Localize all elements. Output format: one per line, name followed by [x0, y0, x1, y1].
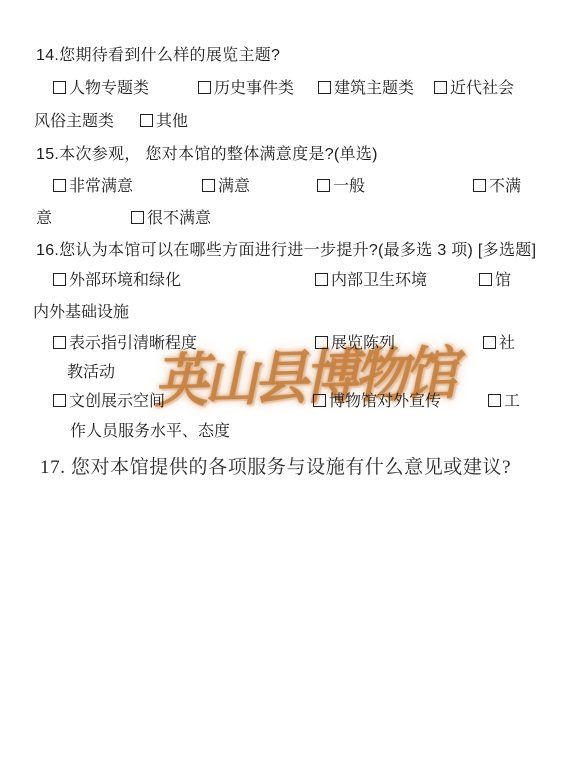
q15-option-satisfied-label: 满意	[218, 178, 250, 195]
q14-option-other-label: 其他	[156, 113, 188, 130]
checkbox-icon[interactable]	[483, 336, 496, 349]
q16-option-cultural-creative-space-label: 文创展示空间	[69, 393, 165, 410]
q16-option-staff-service[interactable]: 工	[488, 388, 520, 411]
checkbox-icon[interactable]	[140, 114, 153, 127]
checkbox-icon[interactable]	[53, 336, 66, 349]
q16-option-infrastructure-label-wrap: 内外基础设施	[33, 299, 129, 322]
checkbox-icon[interactable]	[479, 273, 492, 286]
checkbox-icon[interactable]	[53, 81, 66, 94]
checkbox-icon[interactable]	[202, 179, 215, 192]
q15-option-dissatisfied-label: 不满	[489, 178, 521, 195]
checkbox-icon[interactable]	[313, 394, 326, 407]
q16-option-external-publicity-label: 博物馆对外宣传	[329, 393, 441, 410]
q14-option-historical-events[interactable]: 历史事件类	[198, 75, 294, 98]
q15-option-very-dissatisfied[interactable]: 很不满意	[131, 205, 211, 228]
q14-option-modern-social-customs-label: 近代社会	[450, 80, 514, 97]
q16-option-signage-clarity-label: 表示指引清晰程度	[69, 335, 197, 352]
q14-option-figure-themes-label: 人物专题类	[69, 80, 149, 97]
q16-option-signage-clarity[interactable]: 表示指引清晰程度	[53, 330, 197, 353]
q14-title: 14.您期待看到什么样的展览主题?	[36, 42, 280, 65]
q17-title: 17. 您对本馆提供的各项服务与设施有什么意见或建议?	[40, 452, 511, 479]
q15-option-neutral-label: 一般	[333, 178, 365, 195]
q15-option-very-satisfied[interactable]: 非常满意	[53, 173, 133, 196]
q15-option-neutral[interactable]: 一般	[317, 173, 365, 196]
q16-option-exhibition-display-label: 展览陈列	[331, 335, 395, 352]
checkbox-icon[interactable]	[315, 336, 328, 349]
checkbox-icon[interactable]	[315, 273, 328, 286]
q14-option-architecture-themes-label: 建筑主题类	[334, 80, 414, 97]
checkbox-icon[interactable]	[53, 273, 66, 286]
checkbox-icon[interactable]	[131, 211, 144, 224]
checkbox-icon[interactable]	[473, 179, 486, 192]
checkbox-icon[interactable]	[317, 179, 330, 192]
q14-option-figure-themes[interactable]: 人物专题类	[53, 75, 149, 98]
q14-option-modern-social-customs-label-wrap: 风俗主题类	[34, 108, 114, 131]
q15-option-very-dissatisfied-label: 很不满意	[147, 210, 211, 227]
q14-option-architecture-themes[interactable]: 建筑主题类	[318, 75, 414, 98]
q16-option-education-activities-label: 社	[499, 335, 515, 352]
q15-option-satisfied[interactable]: 满意	[202, 173, 250, 196]
q16-option-external-environment[interactable]: 外部环境和绿化	[53, 267, 181, 290]
questionnaire-page: 英山县博物馆 14.您期待看到什么样的展览主题? 人物专题类 历史事件类 建筑主…	[0, 0, 569, 780]
q16-option-infrastructure[interactable]: 馆	[479, 267, 511, 290]
q16-option-cultural-creative-space[interactable]: 文创展示空间	[53, 388, 165, 411]
q14-option-modern-social-customs[interactable]: 近代社会	[434, 75, 514, 98]
checkbox-icon[interactable]	[318, 81, 331, 94]
q15-option-very-satisfied-label: 非常满意	[69, 178, 133, 195]
checkbox-icon[interactable]	[198, 81, 211, 94]
checkbox-icon[interactable]	[53, 179, 66, 192]
checkbox-icon[interactable]	[53, 394, 66, 407]
q16-option-staff-service-label-wrap: 作人员服务水平、态度	[70, 418, 230, 441]
q16-option-internal-hygiene-label: 内部卫生环境	[331, 272, 427, 289]
q16-option-staff-service-label: 工	[504, 393, 520, 410]
q15-title: 15.本次参观， 您对本馆的整体满意度是?(单选)	[36, 141, 378, 164]
q15-option-dissatisfied[interactable]: 不满	[473, 173, 521, 196]
q16-option-external-environment-label: 外部环境和绿化	[69, 272, 181, 289]
checkbox-icon[interactable]	[434, 81, 447, 94]
q16-option-internal-hygiene[interactable]: 内部卫生环境	[315, 267, 427, 290]
checkbox-icon[interactable]	[488, 394, 501, 407]
q14-option-other[interactable]: 其他	[140, 108, 188, 131]
q16-title: 16.您认为本馆可以在哪些方面进行进一步提升?(最多选 3 项) [多选题]	[36, 237, 536, 260]
q16-option-education-activities-label-wrap: 教活动	[67, 359, 115, 382]
q16-option-exhibition-display[interactable]: 展览陈列	[315, 330, 395, 353]
q15-option-dissatisfied-label-wrap: 意	[36, 205, 52, 228]
q16-option-external-publicity[interactable]: 博物馆对外宣传	[313, 388, 441, 411]
q14-option-historical-events-label: 历史事件类	[214, 80, 294, 97]
q16-option-education-activities[interactable]: 社	[483, 330, 515, 353]
q16-option-infrastructure-label: 馆	[495, 272, 511, 289]
